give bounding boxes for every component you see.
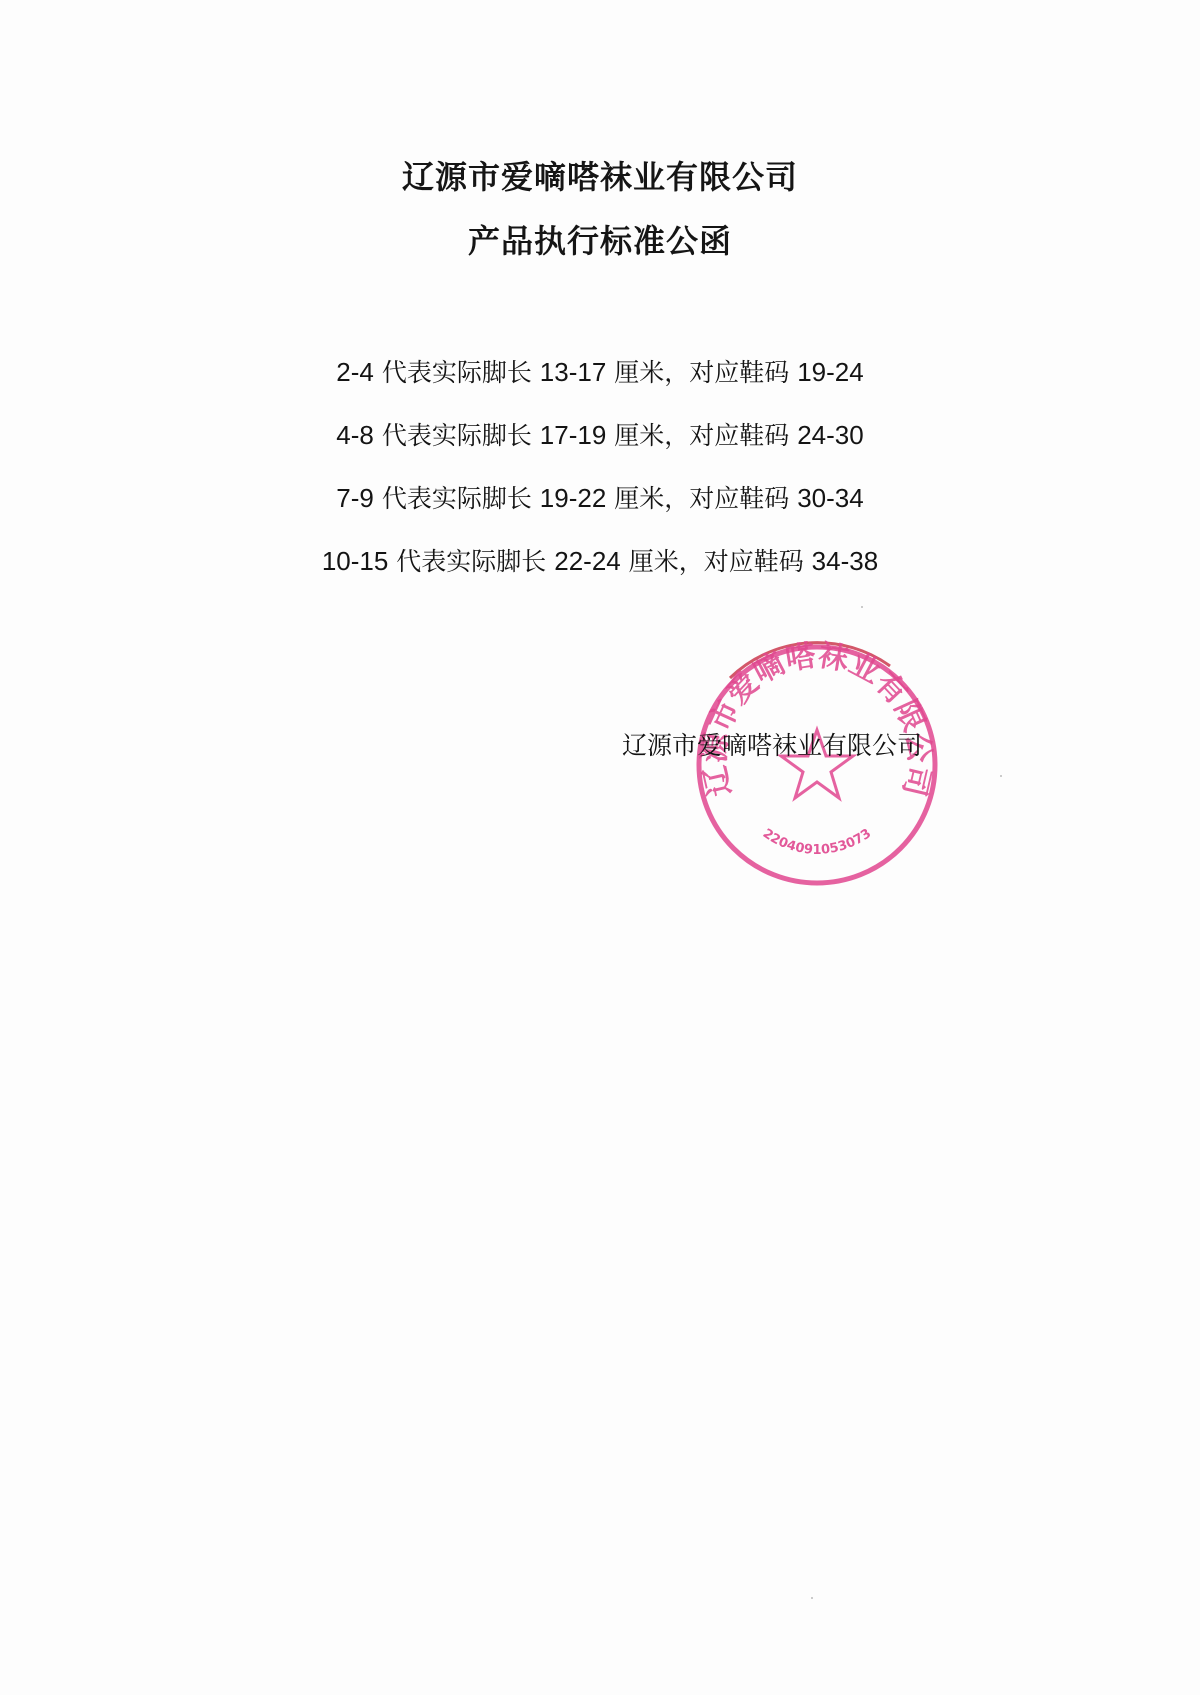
- company-name-heading: 辽源市爱嘀嗒袜业有限公司: [0, 152, 1200, 198]
- svg-text:2204091053073: 2204091053073: [760, 826, 874, 858]
- seal-code-text: 2204091053073: [760, 826, 874, 858]
- shoe-size: 34-38: [812, 546, 879, 576]
- size-text-b: 厘米，对应鞋码: [614, 484, 789, 513]
- company-seal-icon: 辽源市爱嘀嗒袜业有限公司 2204091053073: [690, 638, 944, 892]
- size-label: 4-8: [336, 420, 374, 450]
- size-text-a: 代表实际脚长: [396, 547, 546, 576]
- size-text-b: 厘米，对应鞋码: [614, 421, 789, 450]
- scan-speck: [1000, 775, 1002, 777]
- size-line: 10-15 代表实际脚长 22-24 厘米，对应鞋码 34-38: [0, 541, 1200, 604]
- svg-text:辽源市爱嘀嗒袜业有限公司: 辽源市爱嘀嗒袜业有限公司: [697, 638, 937, 799]
- foot-length: 17-19: [540, 420, 607, 450]
- size-standard-list: 2-4 代表实际脚长 13-17 厘米，对应鞋码 19-24 4-8 代表实际脚…: [0, 352, 1200, 604]
- size-line: 2-4 代表实际脚长 13-17 厘米，对应鞋码 19-24: [0, 352, 1200, 415]
- signature-company-name: 辽源市爱嘀嗒袜业有限公司: [622, 726, 922, 762]
- shoe-size: 24-30: [797, 420, 864, 450]
- shoe-size: 19-24: [797, 357, 864, 387]
- size-label: 10-15: [322, 546, 389, 576]
- size-label: 7-9: [336, 483, 374, 513]
- size-text-a: 代表实际脚长: [382, 484, 532, 513]
- scan-speck: [861, 606, 863, 608]
- size-line: 4-8 代表实际脚长 17-19 厘米，对应鞋码 24-30: [0, 415, 1200, 478]
- size-text-a: 代表实际脚长: [382, 421, 532, 450]
- foot-length: 19-22: [540, 483, 607, 513]
- scan-speck: [811, 1597, 813, 1599]
- size-line: 7-9 代表实际脚长 19-22 厘米，对应鞋码 30-34: [0, 478, 1200, 541]
- size-text-b: 厘米，对应鞋码: [614, 358, 789, 387]
- seal-arc-text: 辽源市爱嘀嗒袜业有限公司: [697, 638, 937, 799]
- foot-length: 22-24: [554, 546, 621, 576]
- size-label: 2-4: [336, 357, 374, 387]
- size-text-b: 厘米，对应鞋码: [629, 547, 804, 576]
- foot-length: 13-17: [540, 357, 607, 387]
- size-text-a: 代表实际脚长: [382, 358, 532, 387]
- letter-title-heading: 产品执行标准公函: [0, 216, 1200, 262]
- shoe-size: 30-34: [797, 483, 864, 513]
- document-page: 辽源市爱嘀嗒袜业有限公司 产品执行标准公函 2-4 代表实际脚长 13-17 厘…: [0, 0, 1200, 1695]
